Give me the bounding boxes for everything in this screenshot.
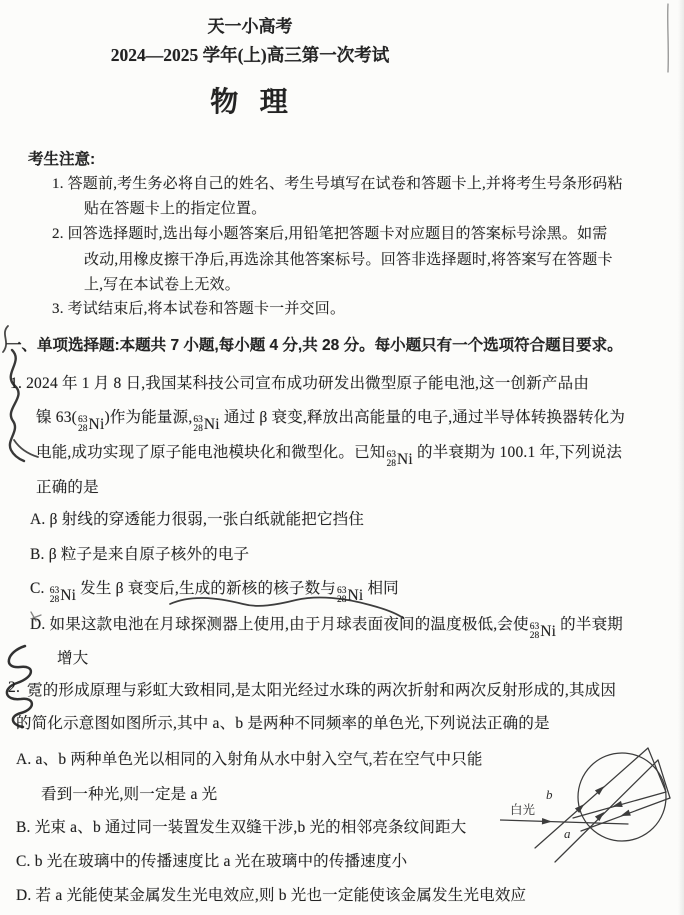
question-1-number: 1. <box>10 375 22 392</box>
notice-item-2-line-1: 2. 回答选择题时,选出每小题答案后,用铅笔把答题卡对应题目的答案标号涂黑。如需 <box>52 222 608 243</box>
nuclide-ni63: 6328Ni <box>192 416 219 434</box>
notice-item-1-line-1: 1. 答题前,考生务必将自己的姓名、考生号填写在试卷和答题卡上,并将考生号条形码… <box>52 172 623 193</box>
water-droplet-figure: 白光 b a <box>500 712 684 872</box>
question-1-line-3: 电能,成功实现了原子能电池模块化和微型化。已知6328Ni 的半衰期为 100.… <box>36 440 622 469</box>
notice-item-1-line-2: 贴在答题卡上的指定位置。 <box>84 197 266 218</box>
ray-label-a: a <box>564 826 571 841</box>
question-2-option-a-line-2: 看到一种光,则一定是 a 光 <box>41 782 217 804</box>
handwritten-scribble <box>14 440 38 457</box>
page-title: 天一小高考 <box>0 12 500 37</box>
white-light-label: 白光 <box>510 802 536 817</box>
exam-subtitle: 2024—2025 学年(上)高三第一次考试 <box>0 42 500 67</box>
question-1-option-d-line-2: 增大 <box>57 646 88 668</box>
question-1-line-2: 镍 63(6328Ni)作为能量源,6328Ni 通过 β 衰变,释放出高能量的… <box>36 405 625 434</box>
question-2-line-2: 的简化示意图如图所示,其中 a、b 是两种不同频率的单色光,下列说法正确的是 <box>16 711 550 733</box>
nuclide-ni63: 6328Ni <box>49 587 76 605</box>
nuclide-ni63: 6328Ni <box>529 623 556 641</box>
ray-label-b: b <box>546 787 553 802</box>
nuclide-ni63: 6328Ni <box>77 416 104 434</box>
question-2-line-1: 霓的形成原理与彩虹大致相同,是太阳光经过水珠的两次折射和两次反射形成的,其成因 <box>27 678 616 700</box>
question-2-option-d: D. 若 a 光能使某金属发生光电效应,则 b 光也一定能使该金属发生光电效应 <box>16 883 526 905</box>
light-ray-diagram: 白光 b a <box>500 712 684 872</box>
notice-item-2-line-2: 改动,用橡皮擦干净后,再选涂其他答案标号。回答非选择题时,将答案写在答题卡 <box>84 248 613 269</box>
question-1-line-4: 正确的是 <box>36 475 99 497</box>
question-2-option-c: C. b 光在玻璃中的传播速度比 a 光在玻璃中的传播速度小 <box>16 849 407 871</box>
question-2-option-a-line-1: A. a、b 两种单色光以相同的入射角从水中射入空气,若在空气中只能 <box>16 747 483 769</box>
handwritten-scribble <box>10 350 24 461</box>
subject-title: 物 理 <box>0 80 500 120</box>
question-1-option-b: B. β 粒子是来自原子核外的电子 <box>30 542 249 564</box>
question-1-option-d: D. 如果这款电池在月球探测器上使用,由于月球表面夜间的温度极低,会使6328N… <box>30 612 623 641</box>
question-1-option-a: A. β 射线的穿透能力很弱,一张白纸就能把它挡住 <box>30 507 364 529</box>
nuclide-ni63: 6328Ni <box>336 587 363 605</box>
scan-artifact-line <box>668 4 669 72</box>
question-1-option-c: C. 6328Ni 发生 β 衰变后,生成的新核的核子数与6328Ni 相同 <box>30 576 399 605</box>
ray-arrowheads <box>542 784 631 825</box>
scan-edge-shadow <box>678 0 684 915</box>
notice-item-2-line-3: 上,写在本试卷上无效。 <box>84 273 240 294</box>
nuclide-ni63: 6328Ni <box>385 451 412 469</box>
section-heading: 一、单项选择题:本题共 7 小题,每小题 4 分,共 28 分。每小题只有一个选… <box>6 333 623 355</box>
question-2-option-b: B. 光束 a、b 通过同一装置发生双缝干涉,b 光的相邻亮条纹间距大 <box>16 815 466 837</box>
question-1-line-1: 1. 2024 年 1 月 8 日,我国某科技公司宣布成功研发出微型原子能电池,… <box>10 371 589 393</box>
ray-a-line <box>555 760 658 862</box>
exam-paper-page: { "header": { "brand": "天一小高考", "exam": … <box>0 0 684 915</box>
question-2-number: 2. <box>8 679 20 697</box>
notice-title: 考生注意: <box>28 147 95 169</box>
notice-item-3: 3. 考试结束后,将本试卷和答题卡一并交回。 <box>52 297 345 318</box>
